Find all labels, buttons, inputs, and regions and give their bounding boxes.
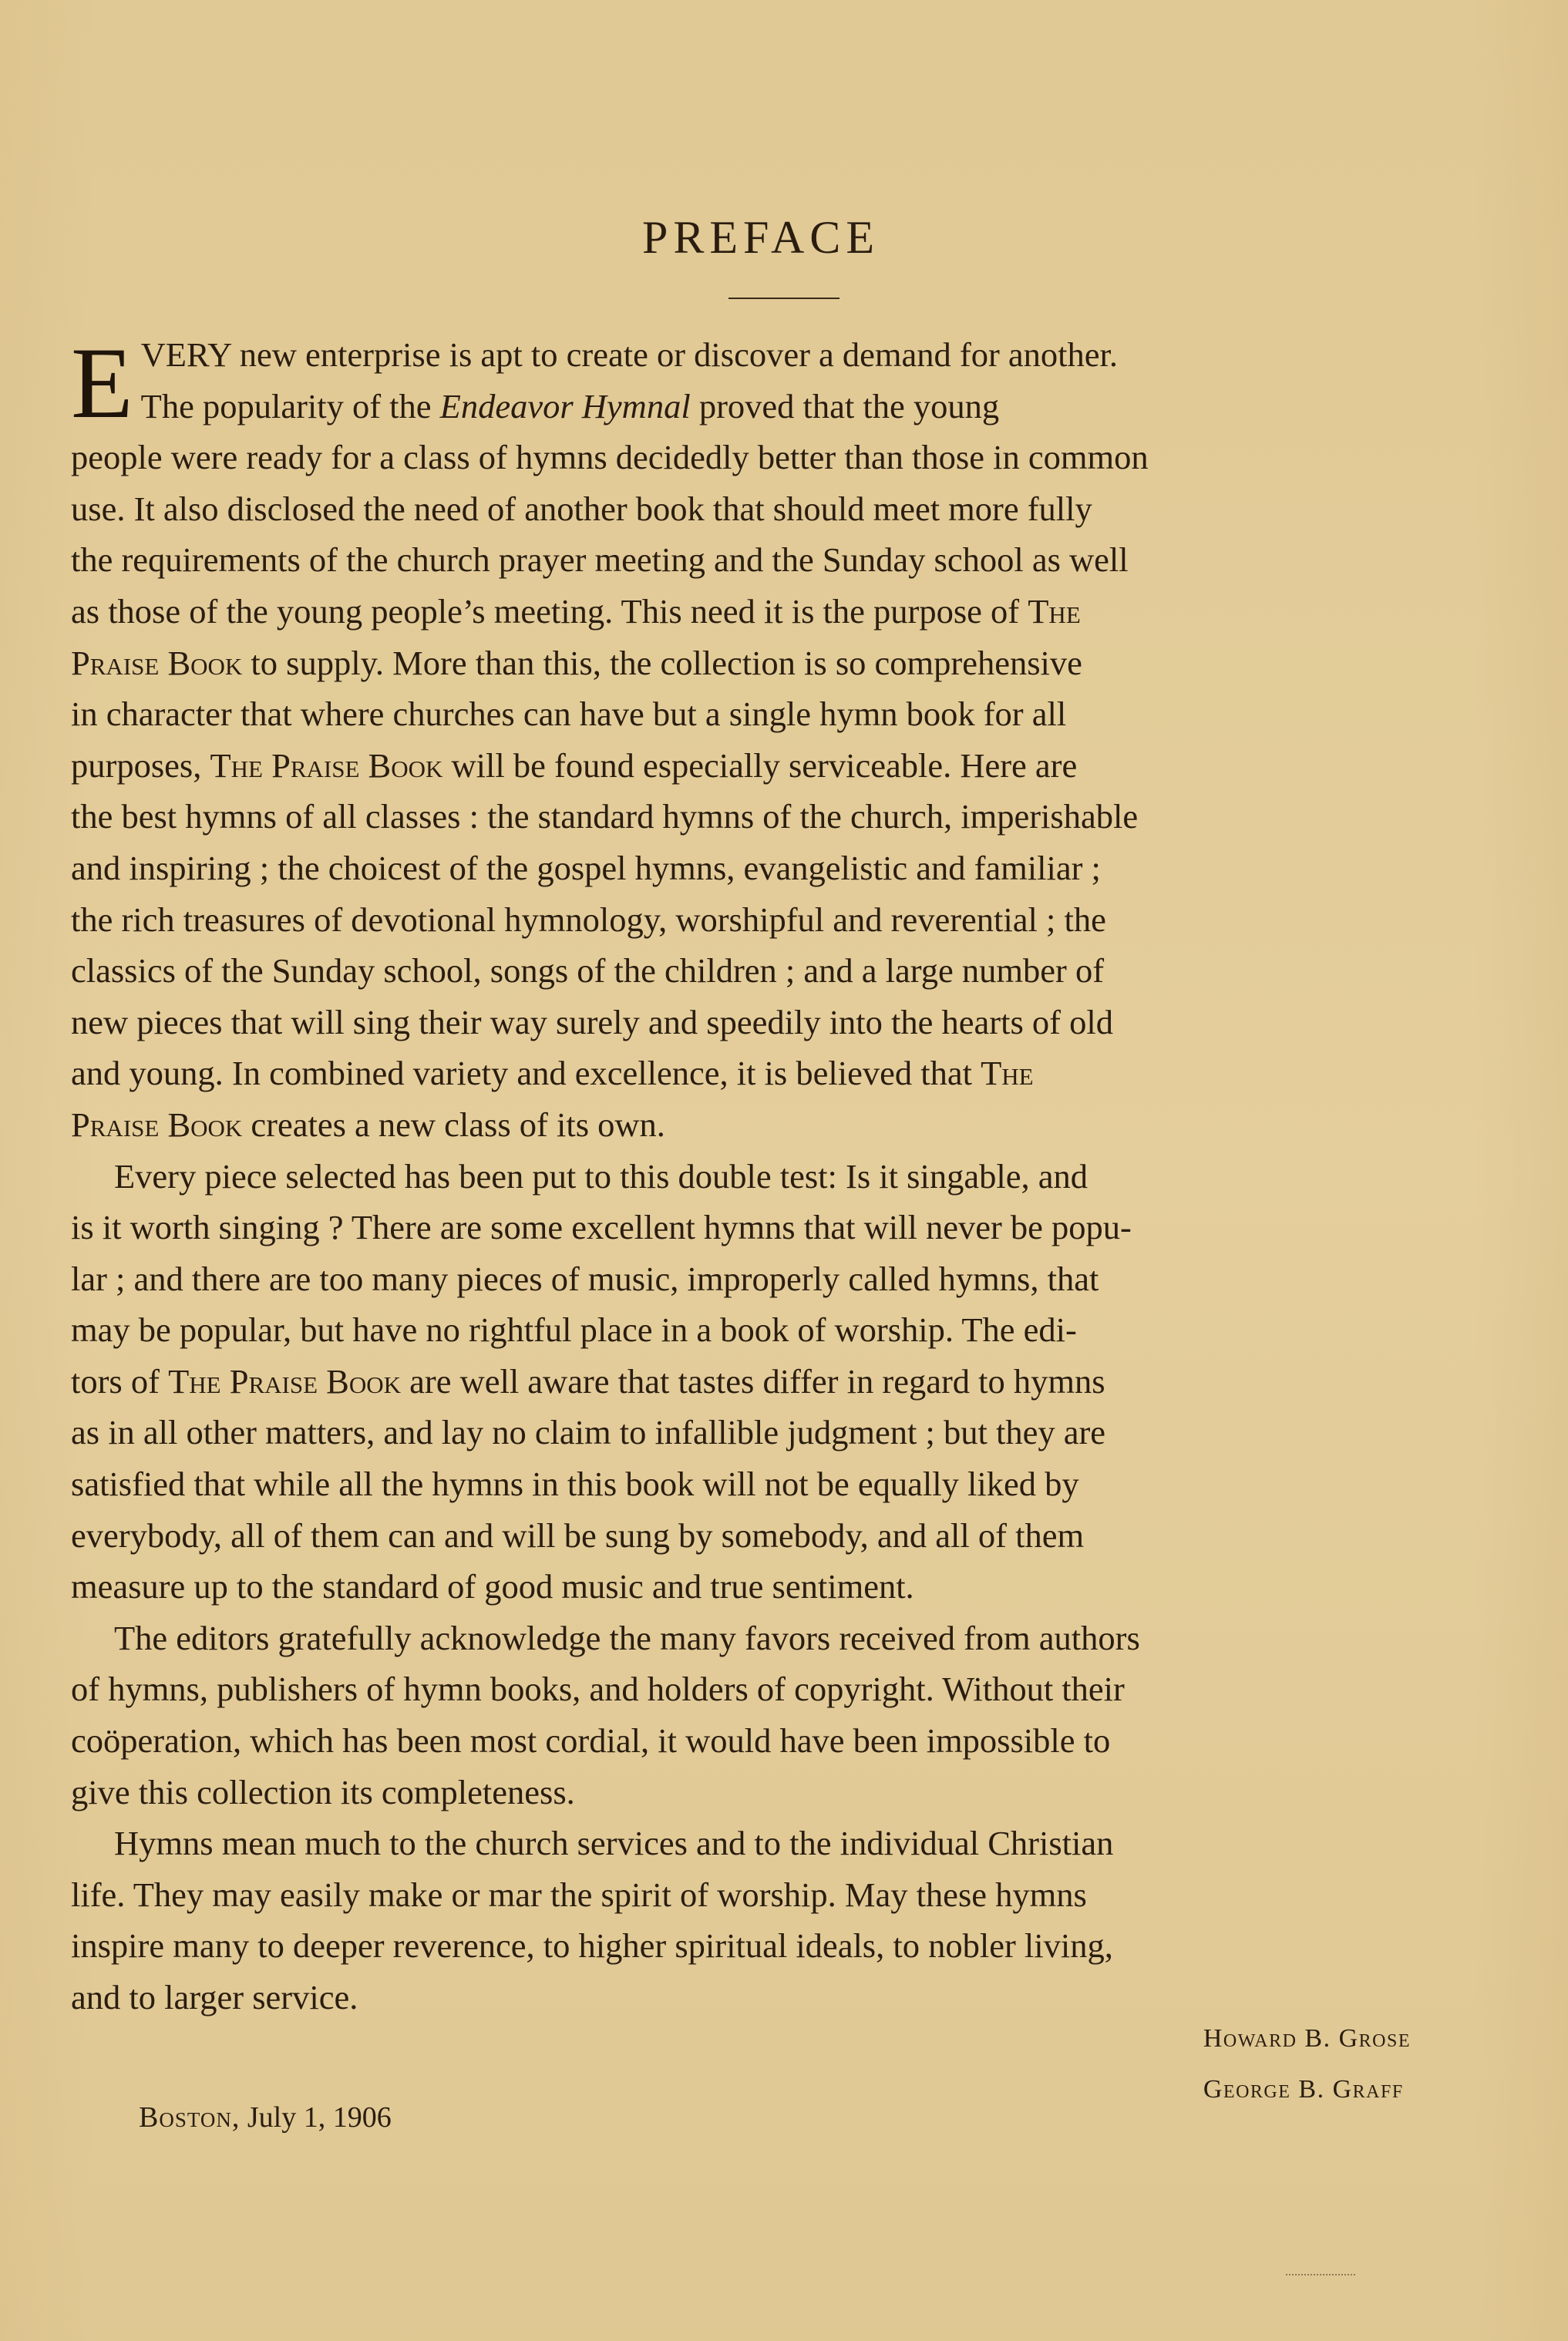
- text-line: as in all other matters, and lay no clai…: [71, 1407, 1451, 1458]
- book-name-small-caps: The: [1028, 592, 1081, 631]
- text-line: the rich treasures of devotional hymnolo…: [71, 894, 1451, 946]
- paragraph-2: Every piece selected has been put to thi…: [71, 1151, 1451, 1613]
- text-line: new pieces that will sing their way sure…: [71, 997, 1451, 1048]
- date: July 1, 1906: [240, 2101, 391, 2134]
- drop-cap-letter: E: [71, 341, 133, 425]
- preface-body: E VERY new enterprise is apt to create o…: [71, 329, 1451, 2023]
- text-line: and young. In combined variety and excel…: [71, 1048, 1451, 1099]
- signature-howard-grose: Howard B. Grose: [1203, 2013, 1411, 2064]
- text-line: tors of The Praise Book are well aware t…: [71, 1356, 1451, 1408]
- text-line: inspire many to deeper reverence, to hig…: [71, 1920, 1451, 1972]
- place-and-date: Boston, July 1, 1906: [139, 2098, 392, 2137]
- text-line: Praise Book to supply. More than this, t…: [71, 637, 1451, 689]
- paragraph-3: The editors gratefully acknowledge the m…: [71, 1613, 1451, 1818]
- book-name-small-caps: Praise Book: [71, 1105, 242, 1144]
- signature-george-graff: George B. Graff: [1203, 2064, 1411, 2115]
- book-name-small-caps: The Praise Book: [210, 746, 442, 785]
- text-line: The popularity of the Endeavor Hymnal pr…: [71, 381, 1451, 432]
- paragraph-1: E VERY new enterprise is apt to create o…: [71, 329, 1451, 1151]
- text-line: everybody, all of them can and will be s…: [71, 1510, 1451, 1562]
- text-line: the best hymns of all classes : the stan…: [71, 791, 1451, 843]
- place: Boston,: [139, 2101, 240, 2134]
- text-line: Every piece selected has been put to thi…: [71, 1151, 1451, 1202]
- page-title: PREFACE: [71, 210, 1451, 265]
- editor-signatures: Howard B. Grose George B. Graff: [1203, 2013, 1411, 2115]
- text-line: The editors gratefully acknowledge the m…: [71, 1613, 1451, 1664]
- book-name-small-caps: The Praise Book: [168, 1362, 401, 1401]
- book-name-small-caps: Praise Book: [71, 644, 242, 682]
- text-line: is it worth singing ? There are some exc…: [71, 1202, 1451, 1253]
- text-line: people were ready for a class of hymns d…: [71, 432, 1451, 483]
- text-line: measure up to the standard of good music…: [71, 1561, 1451, 1613]
- paper-blemish: [1286, 2274, 1355, 2279]
- text-line: Praise Book creates a new class of its o…: [71, 1099, 1451, 1151]
- title-divider-rule: [728, 298, 840, 299]
- book-name-small-caps: The: [981, 1054, 1034, 1092]
- text-line: as those of the young people’s meeting. …: [71, 586, 1451, 637]
- text-line: give this collection its completeness.: [71, 1767, 1451, 1818]
- text-line: Hymns mean much to the church services a…: [71, 1818, 1451, 1869]
- paragraph-4: Hymns mean much to the church services a…: [71, 1818, 1451, 2023]
- text-line: life. They may easily make or mar the sp…: [71, 1869, 1451, 1921]
- text-line: lar ; and there are too many pieces of m…: [71, 1253, 1451, 1305]
- text-line: use. It also disclosed the need of anoth…: [71, 483, 1451, 535]
- text-line: and inspiring ; the choicest of the gosp…: [71, 843, 1451, 894]
- text-line: the requirements of the church prayer me…: [71, 534, 1451, 586]
- text-line: may be popular, but have no rightful pla…: [71, 1304, 1451, 1356]
- text-line: purposes, The Praise Book will be found …: [71, 740, 1451, 792]
- text-line: satisfied that while all the hymns in th…: [71, 1458, 1451, 1510]
- book-title-italic: Endeavor Hymnal: [440, 387, 691, 425]
- text-line: in character that where churches can hav…: [71, 688, 1451, 740]
- text-line: classics of the Sunday school, songs of …: [71, 945, 1451, 997]
- text-line: coöperation, which has been most cordial…: [71, 1715, 1451, 1767]
- text-line: VERY new enterprise is apt to create or …: [71, 329, 1451, 381]
- text-line: of hymns, publishers of hymn books, and …: [71, 1663, 1451, 1715]
